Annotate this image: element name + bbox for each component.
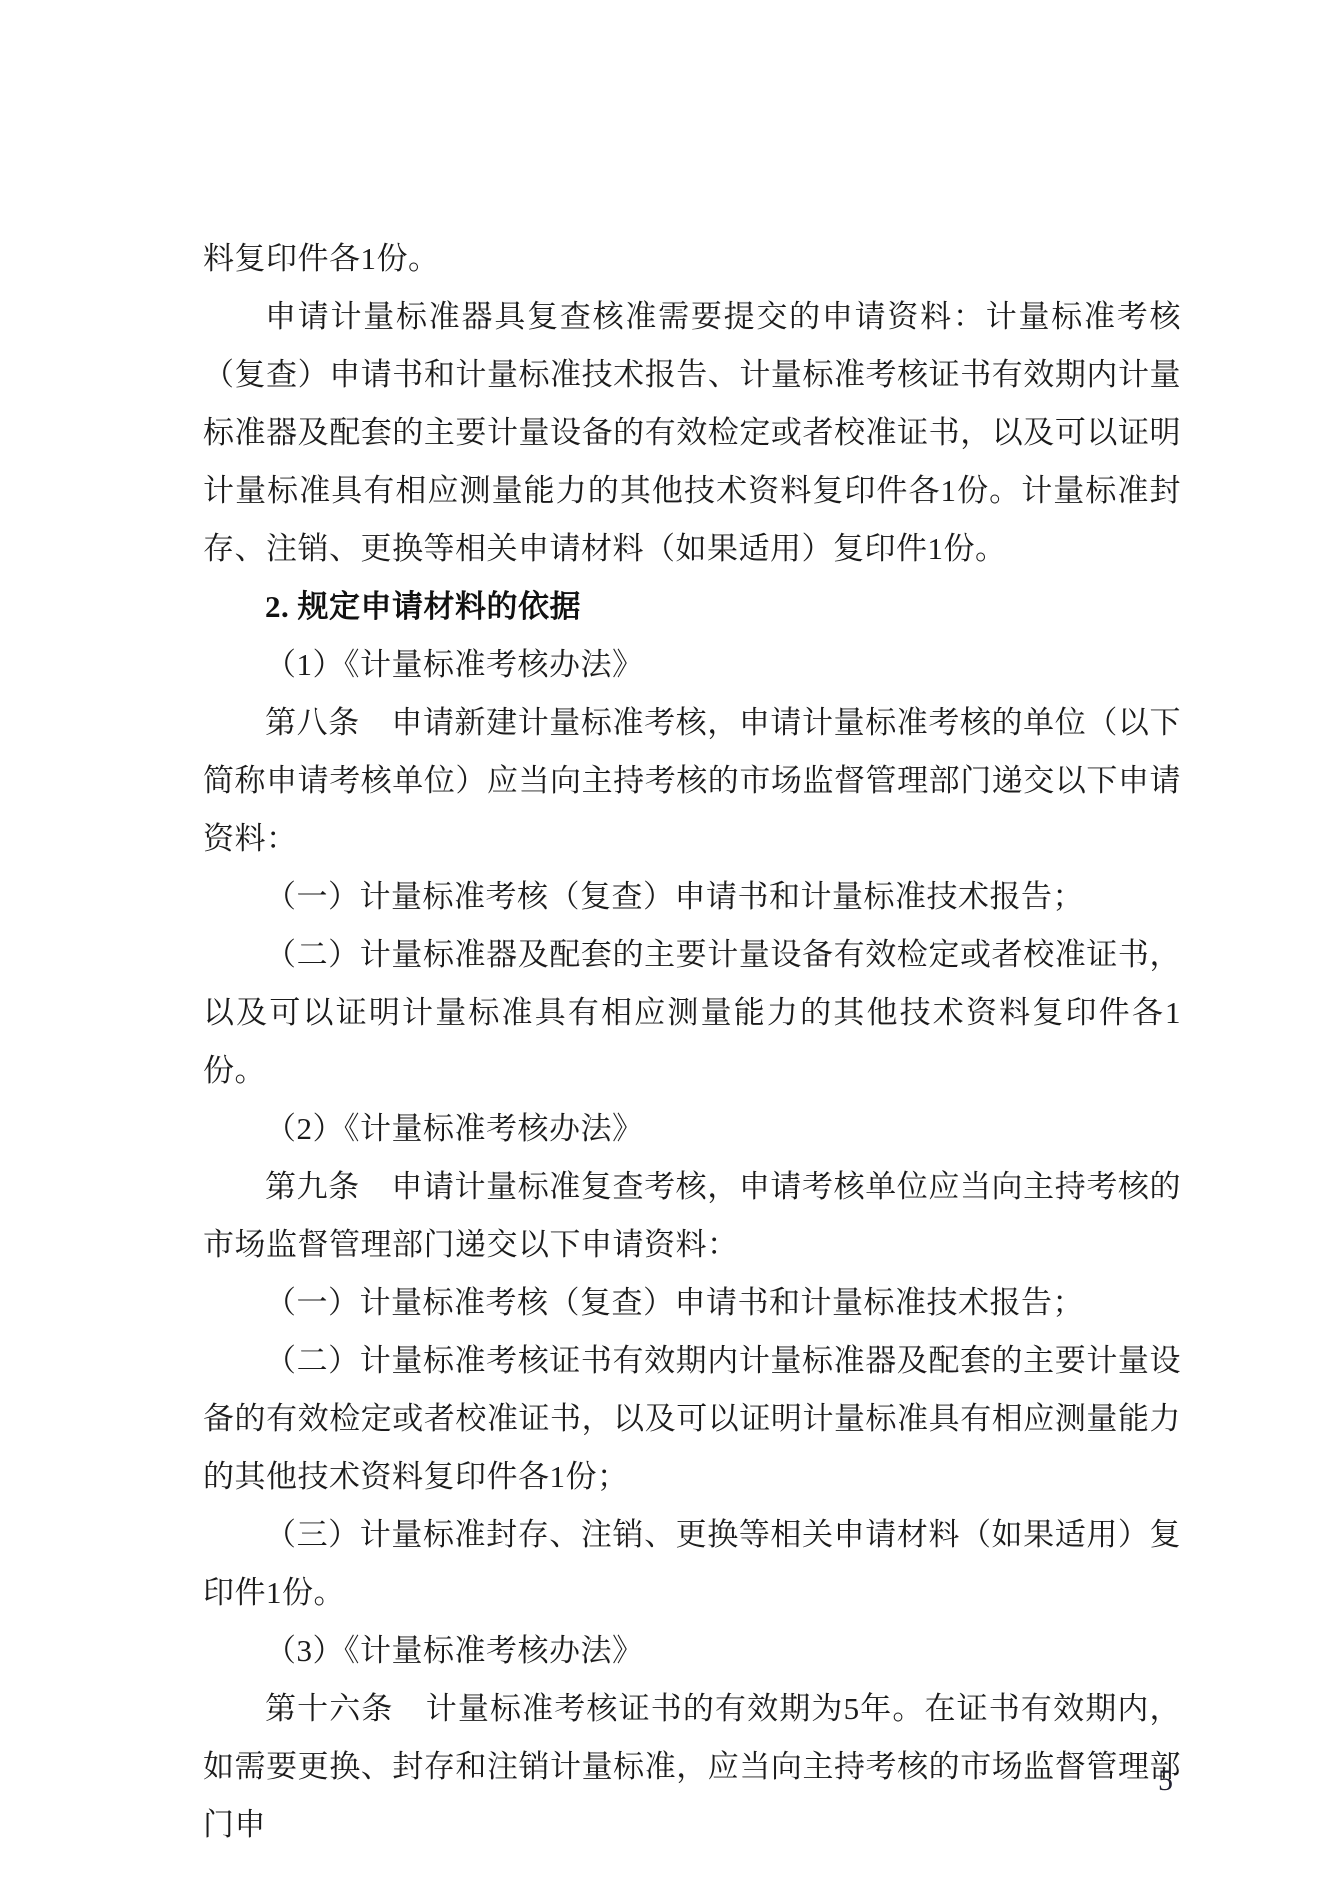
paragraph: （一）计量标准考核（复查）申请书和计量标准技术报告； bbox=[203, 1274, 1181, 1332]
paragraph: （三）计量标准封存、注销、更换等相关申请材料（如果适用）复印件1份。 bbox=[203, 1506, 1181, 1622]
page-number: 5 bbox=[1158, 1752, 1198, 1810]
document-body: 料复印件各1份。 申请计量标准器具复查核准需要提交的申请资料：计量标准考核（复查… bbox=[203, 230, 1181, 1854]
paragraph: 第八条 申请新建计量标准考核，申请计量标准考核的单位（以下简称申请考核单位）应当… bbox=[203, 694, 1181, 868]
paragraph: （一）计量标准考核（复查）申请书和计量标准技术报告； bbox=[203, 868, 1181, 926]
paragraph: （1）《计量标准考核办法》 bbox=[203, 636, 1181, 694]
paragraph: 料复印件各1份。 bbox=[203, 230, 1181, 288]
paragraph: 第十六条 计量标准考核证书的有效期为5年。在证书有效期内，如需要更换、封存和注销… bbox=[203, 1680, 1181, 1854]
paragraph: （二）计量标准考核证书有效期内计量标准器及配套的主要计量设备的有效检定或者校准证… bbox=[203, 1332, 1181, 1506]
document-page: 料复印件各1份。 申请计量标准器具复查核准需要提交的申请资料：计量标准考核（复查… bbox=[0, 0, 1339, 1890]
paragraph: （2）《计量标准考核办法》 bbox=[203, 1100, 1181, 1158]
section-heading: 2. 规定申请材料的依据 bbox=[203, 578, 1181, 636]
paragraph: 第九条 申请计量标准复查考核，申请考核单位应当向主持考核的市场监督管理部门递交以… bbox=[203, 1158, 1181, 1274]
paragraph: （二）计量标准器及配套的主要计量设备有效检定或者校准证书，以及可以证明计量标准具… bbox=[203, 926, 1181, 1100]
paragraph: 申请计量标准器具复查核准需要提交的申请资料：计量标准考核（复查）申请书和计量标准… bbox=[203, 288, 1181, 578]
paragraph: （3）《计量标准考核办法》 bbox=[203, 1622, 1181, 1680]
